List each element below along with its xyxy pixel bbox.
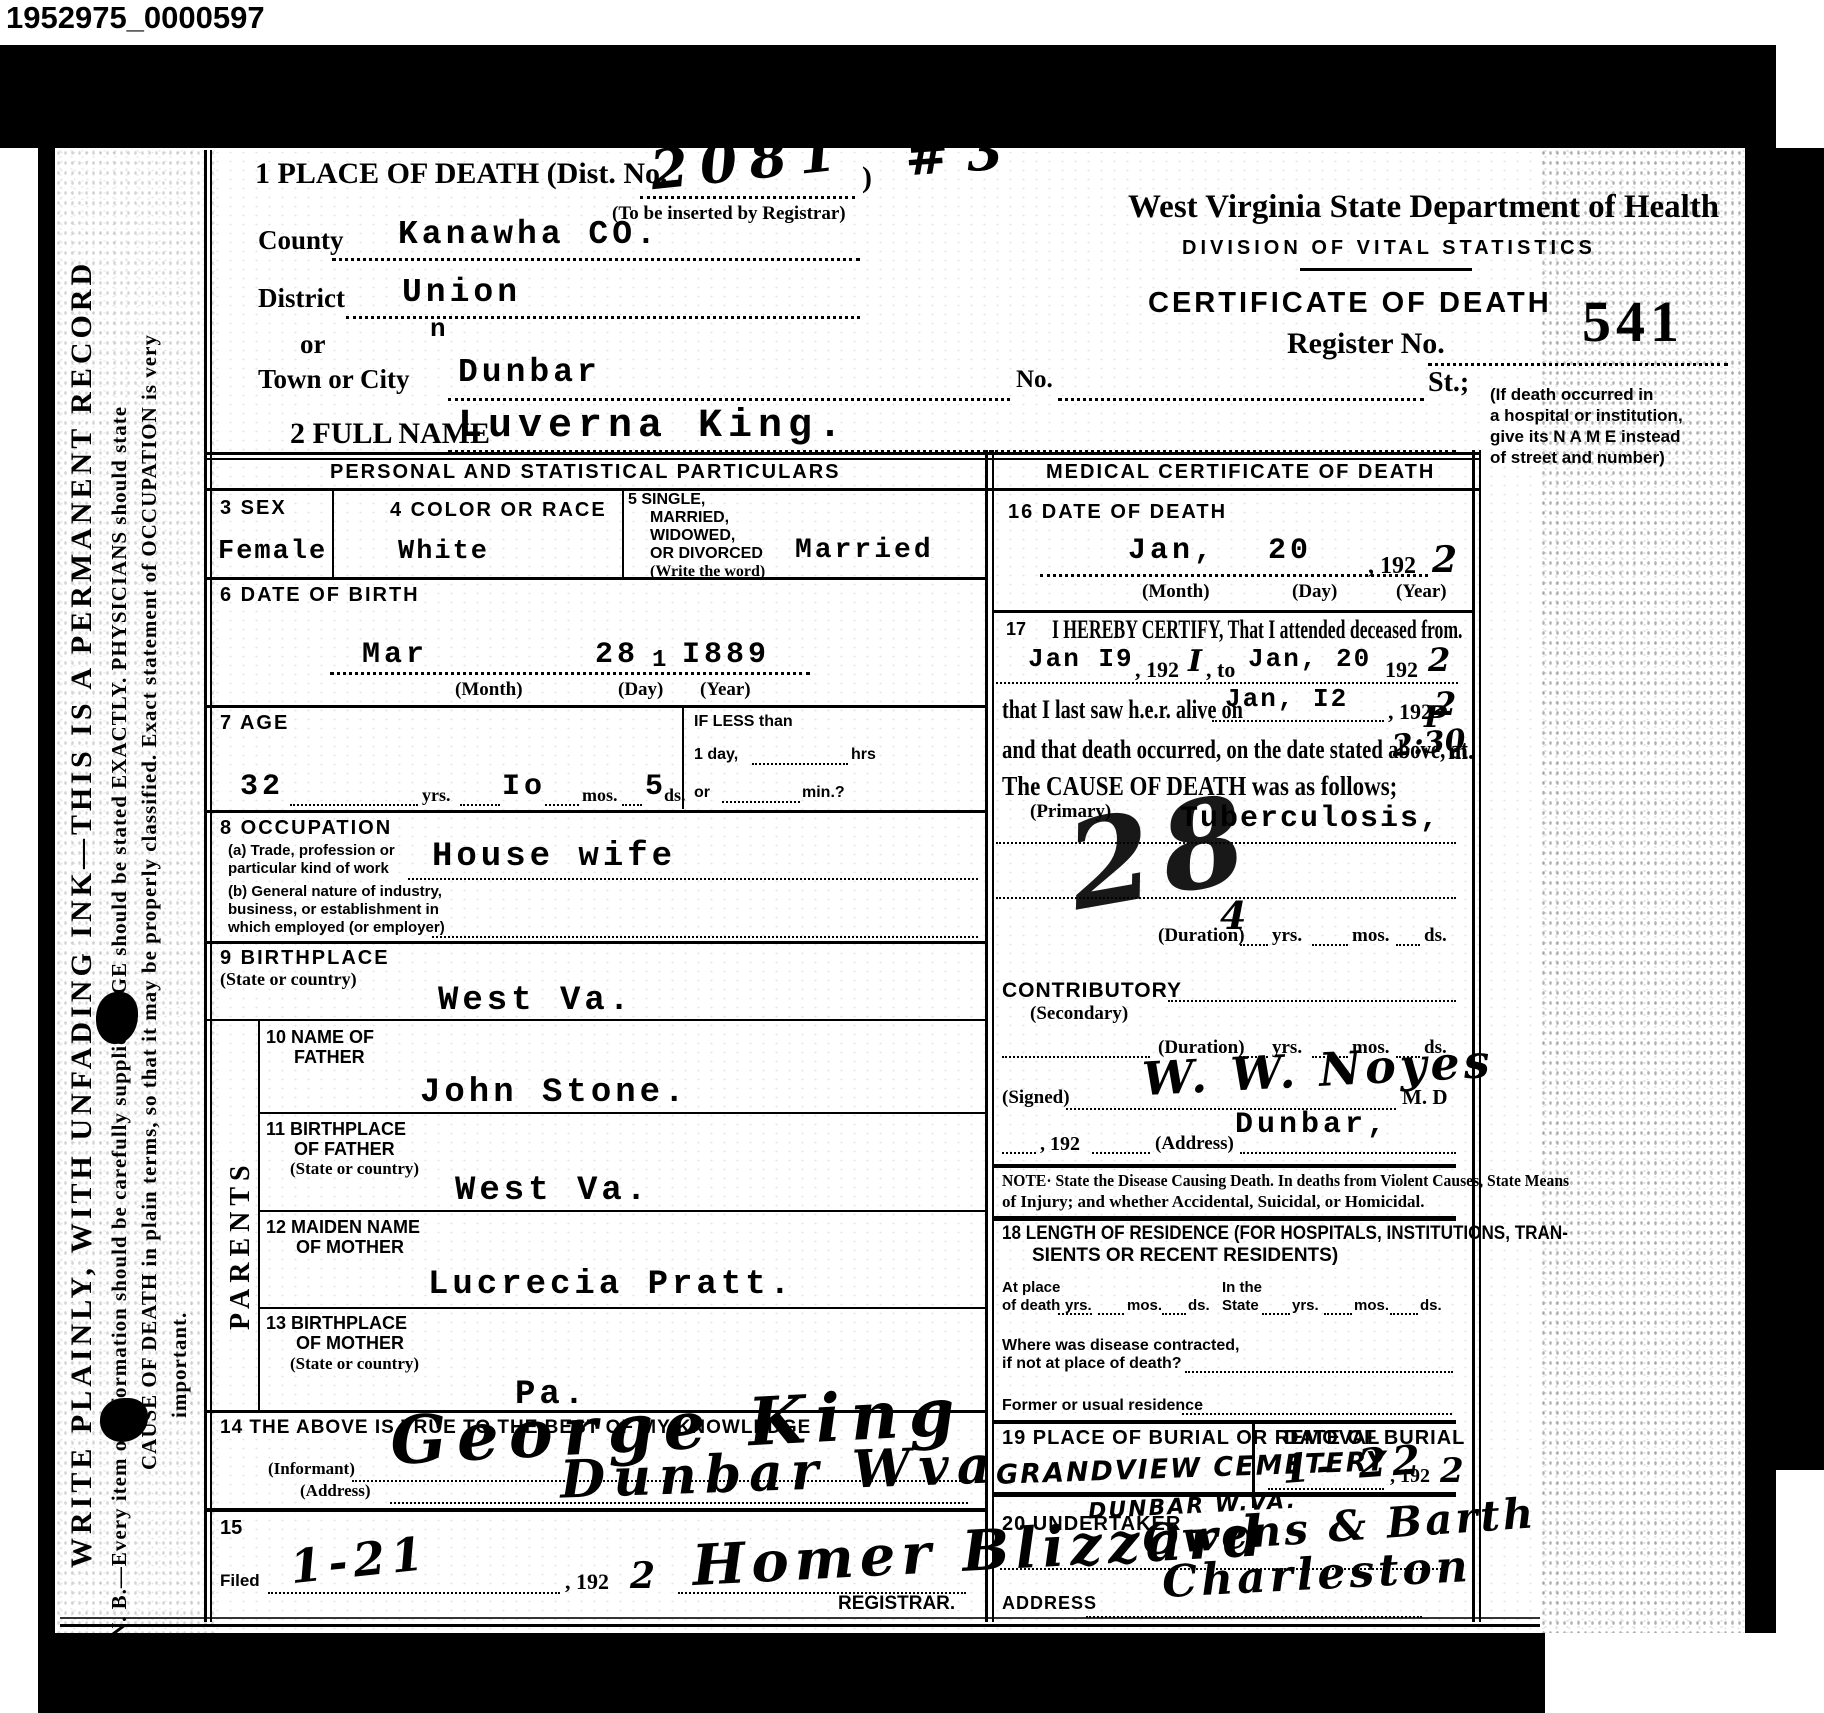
father-name-value: John Stone. bbox=[420, 1076, 688, 1112]
town-value: Dunbar bbox=[458, 356, 601, 391]
hospital-note-line2: a hospital or institution, bbox=[1490, 407, 1683, 425]
informant-address-line bbox=[390, 1502, 968, 1504]
res-yrs-label-1: yrs. bbox=[1065, 1298, 1092, 1314]
age-months-value: Io bbox=[502, 772, 546, 804]
duration-years-handwritten: 4 bbox=[1220, 896, 1246, 936]
hospital-note-line1: (If death occurred in bbox=[1490, 386, 1653, 404]
to-192-label: 192 bbox=[1385, 658, 1418, 681]
marital-label-1: 5 SINGLE, bbox=[628, 492, 705, 509]
one-day-label: 1 day, bbox=[694, 747, 738, 764]
mos-label: mos. bbox=[582, 786, 618, 805]
undertaker-address-label: ADDRESS bbox=[1002, 1594, 1097, 1613]
physician-address-label: (Address) bbox=[1155, 1134, 1234, 1154]
father-name-label-1: 10 NAME OF bbox=[266, 1028, 374, 1047]
contributory-line bbox=[1168, 1000, 1456, 1002]
marital-value: Married bbox=[795, 536, 934, 565]
contracted-label-1: Where was disease contracted, bbox=[1002, 1338, 1239, 1355]
secondary-label: (Secondary) bbox=[1030, 1004, 1128, 1024]
occupation-a-label-1: (a) Trade, profession or bbox=[228, 843, 395, 859]
item15-label: 15 bbox=[220, 1518, 242, 1539]
from-192-label: , 192 bbox=[1135, 658, 1179, 681]
age-line-2 bbox=[460, 804, 500, 806]
filed-line bbox=[268, 1592, 560, 1594]
paper-bottom-edge-2 bbox=[60, 1624, 1540, 1627]
filed-192-label: , 192 bbox=[565, 1570, 609, 1593]
res-line-6 bbox=[1390, 1313, 1418, 1315]
dob-month-value: Mar bbox=[362, 640, 428, 672]
at-place-label-1: At place bbox=[1002, 1280, 1060, 1296]
band-top-rule-2 bbox=[204, 458, 1481, 460]
heavy-rule bbox=[994, 1164, 1456, 1168]
register-no-label: Register No. bbox=[1287, 328, 1445, 360]
item18-label-1: 18 LENGTH OF RESIDENCE (FOR HOSPITALS, I… bbox=[1002, 1224, 1568, 1244]
at-place-label-2: of death bbox=[1002, 1298, 1060, 1314]
death-year-handwritten: 2 bbox=[1432, 542, 1457, 580]
res-line-2 bbox=[1098, 1313, 1124, 1315]
margin-nb-text-1: N. B.—Every item of information should b… bbox=[108, 406, 130, 1638]
mother-name-label-2: OF MOTHER bbox=[296, 1238, 404, 1257]
occupation-a-label-2: particular kind of work bbox=[228, 861, 389, 877]
father-birthplace-value: West Va. bbox=[455, 1174, 650, 1210]
res-line-3 bbox=[1162, 1313, 1186, 1315]
burial-192-label: , 192 bbox=[1390, 1466, 1430, 1487]
death-m-label: m. bbox=[1448, 740, 1474, 765]
duration-mos-label: mos. bbox=[1352, 926, 1389, 946]
age-label: 7 AGE bbox=[220, 713, 289, 734]
res-ds-label-1: ds. bbox=[1188, 1298, 1210, 1314]
district-line bbox=[346, 316, 860, 319]
row-rule bbox=[204, 1019, 986, 1021]
sex-race-divider bbox=[332, 491, 334, 577]
district-number-line bbox=[640, 196, 855, 199]
mother-name-label-1: 12 MAIDEN NAME bbox=[266, 1218, 420, 1237]
address-line-2 bbox=[1240, 1152, 1456, 1154]
note-line-2: of Injury; and whether Accidental, Suici… bbox=[1002, 1193, 1425, 1211]
district-label: District bbox=[258, 284, 345, 312]
mother-birthplace-label-1: 13 BIRTHPLACE bbox=[266, 1314, 407, 1333]
age-line-1 bbox=[290, 804, 418, 806]
father-birthplace-label-2: OF FATHER bbox=[294, 1140, 395, 1159]
scan-top-band bbox=[0, 45, 1776, 148]
row-rule bbox=[204, 577, 986, 580]
medical-section-title: MEDICAL CERTIFICATE OF DEATH bbox=[1046, 462, 1435, 483]
register-no-line bbox=[1428, 363, 1728, 366]
dob-line bbox=[330, 672, 810, 675]
address-line-1 bbox=[1092, 1152, 1150, 1154]
form-left-border-inner bbox=[210, 150, 212, 1622]
hrs-line bbox=[752, 763, 848, 765]
town-line bbox=[448, 398, 1010, 401]
heavy-rule bbox=[994, 1420, 1456, 1424]
register-no-value: 541 bbox=[1582, 292, 1684, 353]
town-label: Town or City bbox=[258, 365, 410, 393]
race-marital-divider bbox=[622, 491, 624, 577]
occupation-b-line bbox=[432, 936, 978, 938]
row-rule bbox=[258, 1307, 986, 1309]
death-day-caption: (Day) bbox=[1292, 582, 1337, 602]
marital-label-2: MARRIED, bbox=[650, 510, 729, 527]
state-label: State bbox=[1222, 1298, 1259, 1314]
father-birthplace-label-1: 11 BIRTHPLACE bbox=[266, 1120, 406, 1139]
last-saw-statement: that I last saw h.e.r. alive on bbox=[1002, 696, 1243, 723]
duration2-line-0 bbox=[1002, 1056, 1150, 1058]
res-ds-label-2: ds. bbox=[1420, 1298, 1442, 1314]
death-ampm-handwritten: P bbox=[1424, 702, 1447, 734]
occupation-label: 8 OCCUPATION bbox=[220, 818, 392, 839]
hospital-note-line3: give its N A M E instead bbox=[1490, 428, 1681, 446]
to-label: , to bbox=[1206, 658, 1235, 681]
hospital-note-line4: of street and number) bbox=[1490, 449, 1665, 467]
scan-right-strip bbox=[1776, 148, 1824, 1470]
race-value: White bbox=[398, 538, 489, 566]
dob-stray-mark: 1 bbox=[652, 648, 670, 673]
min-line bbox=[722, 801, 800, 803]
occupation-b-label-3: which employed (or employer) bbox=[228, 920, 445, 936]
district-value: Union bbox=[402, 276, 521, 311]
row-rule bbox=[994, 610, 1472, 613]
heavy-rule bbox=[994, 1216, 1456, 1221]
min-label: min.? bbox=[802, 785, 845, 802]
res-yrs-label-2: yrs. bbox=[1292, 1298, 1319, 1314]
division-subtitle: DIVISION OF VITAL STATISTICS bbox=[1182, 238, 1596, 259]
margin-warning-text: WRITE PLAINLY, WITH UNFADING INK—THIS IS… bbox=[66, 260, 98, 1568]
row-rule bbox=[204, 705, 986, 708]
if-less-label: IF LESS than bbox=[694, 714, 793, 731]
to-year-handwritten: 2 bbox=[1428, 644, 1450, 678]
st-label: St.; bbox=[1428, 368, 1469, 397]
marital-label-3: WIDOWED, bbox=[650, 528, 735, 545]
former-residence-line bbox=[1182, 1413, 1452, 1415]
res-line-4 bbox=[1262, 1313, 1290, 1315]
registrar-label: REGISTRAR. bbox=[838, 1594, 955, 1614]
duration-line-3 bbox=[1396, 944, 1420, 946]
duration-yrs-label: yrs. bbox=[1272, 926, 1302, 946]
marital-label-4: OR DIVORCED bbox=[650, 546, 763, 563]
death-year-caption: (Year) bbox=[1396, 582, 1447, 602]
death-month-value: Jan, bbox=[1128, 536, 1216, 568]
certify-statement: I HEREBY CERTIFY, That I attended deceas… bbox=[1052, 616, 1462, 643]
street-number-line bbox=[1058, 398, 1424, 401]
parents-inner-border bbox=[258, 1020, 260, 1412]
age-years-value: 32 bbox=[240, 772, 284, 804]
dob-month-caption: (Month) bbox=[455, 680, 523, 700]
informant-label: (Informant) bbox=[268, 1460, 355, 1478]
full-name-value: Luverna King. bbox=[458, 406, 848, 448]
occupation-b-label-2: business, or establishment in bbox=[228, 902, 439, 918]
scan-bottom-gap bbox=[1545, 1633, 1824, 1713]
occupation-a-line bbox=[408, 878, 978, 880]
place-of-death-label: 1 PLACE OF DEATH (Dist. No. bbox=[255, 158, 668, 190]
last-saw-date: Jan, I2 bbox=[1225, 686, 1348, 713]
paper-bottom-edge-1 bbox=[60, 1617, 1540, 1619]
death-192-label: , 192 bbox=[1368, 554, 1416, 579]
scanned-death-certificate: 1952975_0000597 WRITE PLAINLY, WITH UNFA… bbox=[0, 0, 1824, 1713]
contributory-label: CONTRIBUTORY bbox=[1002, 980, 1182, 1002]
department-title: West Virginia State Department of Health bbox=[1128, 190, 1719, 225]
death-day-value: 20 bbox=[1268, 536, 1312, 568]
duration-line-2 bbox=[1312, 944, 1348, 946]
dob-year-value: I889 bbox=[682, 640, 770, 672]
parents-label: PARENTS bbox=[226, 1159, 255, 1330]
county-label: County bbox=[258, 226, 344, 254]
mother-birthplace-note: (State or country) bbox=[290, 1355, 419, 1373]
heavy-rule bbox=[204, 1508, 986, 1512]
age-line-4 bbox=[622, 804, 642, 806]
ds-label: ds. bbox=[664, 786, 686, 805]
form-left-border bbox=[204, 150, 207, 1622]
attended-to-date: Jan, 20 bbox=[1248, 646, 1371, 673]
res-line-5 bbox=[1324, 1313, 1352, 1315]
dob-day-caption: (Day) bbox=[618, 680, 663, 700]
from-year-handwritten: I bbox=[1188, 646, 1202, 678]
contracted-label-2: if not at place of death? bbox=[1002, 1356, 1182, 1373]
last-saw-line bbox=[1212, 720, 1384, 722]
dob-year-caption: (Year) bbox=[700, 680, 751, 700]
filed-label: Filed bbox=[220, 1572, 260, 1590]
no-label: No. bbox=[1016, 367, 1053, 393]
duration-ds-label: ds. bbox=[1424, 926, 1447, 946]
band-top-rule bbox=[204, 452, 1481, 455]
former-residence-label: Former or usual residence bbox=[1002, 1398, 1203, 1415]
signed-label: (Signed) bbox=[1002, 1088, 1070, 1108]
md-label: M. D bbox=[1402, 1086, 1448, 1108]
attended-from-date: Jan I9 bbox=[1028, 646, 1134, 673]
personal-section-title: PERSONAL AND STATISTICAL PARTICULARS bbox=[330, 462, 841, 483]
margin-nb-text-2: CAUSE OF DEATH in plain terms, so that i… bbox=[138, 334, 160, 1470]
district-stray-char: n bbox=[430, 316, 450, 343]
margin-nb-text-3: important. bbox=[168, 1312, 190, 1418]
or-min-label: or bbox=[694, 785, 710, 802]
note-line-1: NOTE· State the Disease Causing Death. I… bbox=[1002, 1172, 1569, 1190]
paren-label: ) bbox=[862, 162, 872, 194]
filed-year-handwritten: 2 bbox=[630, 1558, 655, 1596]
contracted-line bbox=[1185, 1371, 1453, 1373]
dob-label: 6 DATE OF BIRTH bbox=[220, 585, 420, 606]
row-rule bbox=[258, 1210, 986, 1212]
item18-label-2: SIENTS OR RECENT RESIDENTS) bbox=[1032, 1246, 1338, 1266]
birthplace-value: West Va. bbox=[438, 984, 633, 1020]
row-rule bbox=[258, 1112, 986, 1114]
mother-name-value: Lucrecia Pratt. bbox=[428, 1268, 794, 1304]
item17-number: 17 bbox=[1006, 620, 1026, 639]
hrs-label: hrs bbox=[851, 747, 876, 764]
informant-address-label: (Address) bbox=[300, 1482, 371, 1500]
physician-address-value: Dunbar, bbox=[1235, 1110, 1389, 1142]
yrs-label: yrs. bbox=[422, 786, 451, 805]
res-mos-label-2: mos. bbox=[1354, 1298, 1389, 1314]
document-id: 1952975_0000597 bbox=[6, 2, 265, 35]
date-of-death-label: 16 DATE OF DEATH bbox=[1008, 502, 1227, 523]
in-the-label: In the bbox=[1222, 1280, 1262, 1296]
occupation-b-label-1: (b) General nature of industry, bbox=[228, 884, 442, 900]
death-month-caption: (Month) bbox=[1142, 582, 1210, 602]
birthplace-state-note: (State or country) bbox=[220, 970, 357, 989]
sex-value: Female bbox=[218, 538, 327, 566]
age-line-3 bbox=[545, 804, 579, 806]
hash-3-handwritten: # 3 bbox=[903, 125, 1004, 186]
duration-line-1 bbox=[1240, 944, 1268, 946]
or-label: or bbox=[300, 330, 325, 358]
address-line-0 bbox=[1002, 1152, 1036, 1154]
certificate-title: CERTIFICATE OF DEATH bbox=[1148, 288, 1552, 318]
county-line bbox=[332, 258, 860, 261]
father-birthplace-note: (State or country) bbox=[290, 1160, 419, 1178]
race-label: 4 COLOR OR RACE bbox=[390, 500, 607, 521]
sex-label: 3 SEX bbox=[220, 498, 287, 519]
birthplace-label: 9 BIRTHPLACE bbox=[220, 948, 390, 969]
res-mos-label-1: mos. bbox=[1127, 1298, 1162, 1314]
mother-birthplace-label-2: OF MOTHER bbox=[296, 1334, 404, 1353]
father-name-label-2: FATHER bbox=[294, 1048, 365, 1067]
dob-day-value: 28 bbox=[595, 640, 639, 672]
burial-year-handwritten: 2 bbox=[1440, 1454, 1464, 1490]
band-bottom-rule bbox=[204, 488, 1481, 491]
row-rule bbox=[204, 810, 986, 813]
county-value: Kanawha CO. bbox=[398, 218, 660, 253]
division-underline bbox=[1300, 268, 1472, 271]
occupation-value: House wife bbox=[432, 840, 676, 876]
address-192-label: , 192 bbox=[1040, 1134, 1080, 1155]
row-rule bbox=[204, 941, 986, 944]
